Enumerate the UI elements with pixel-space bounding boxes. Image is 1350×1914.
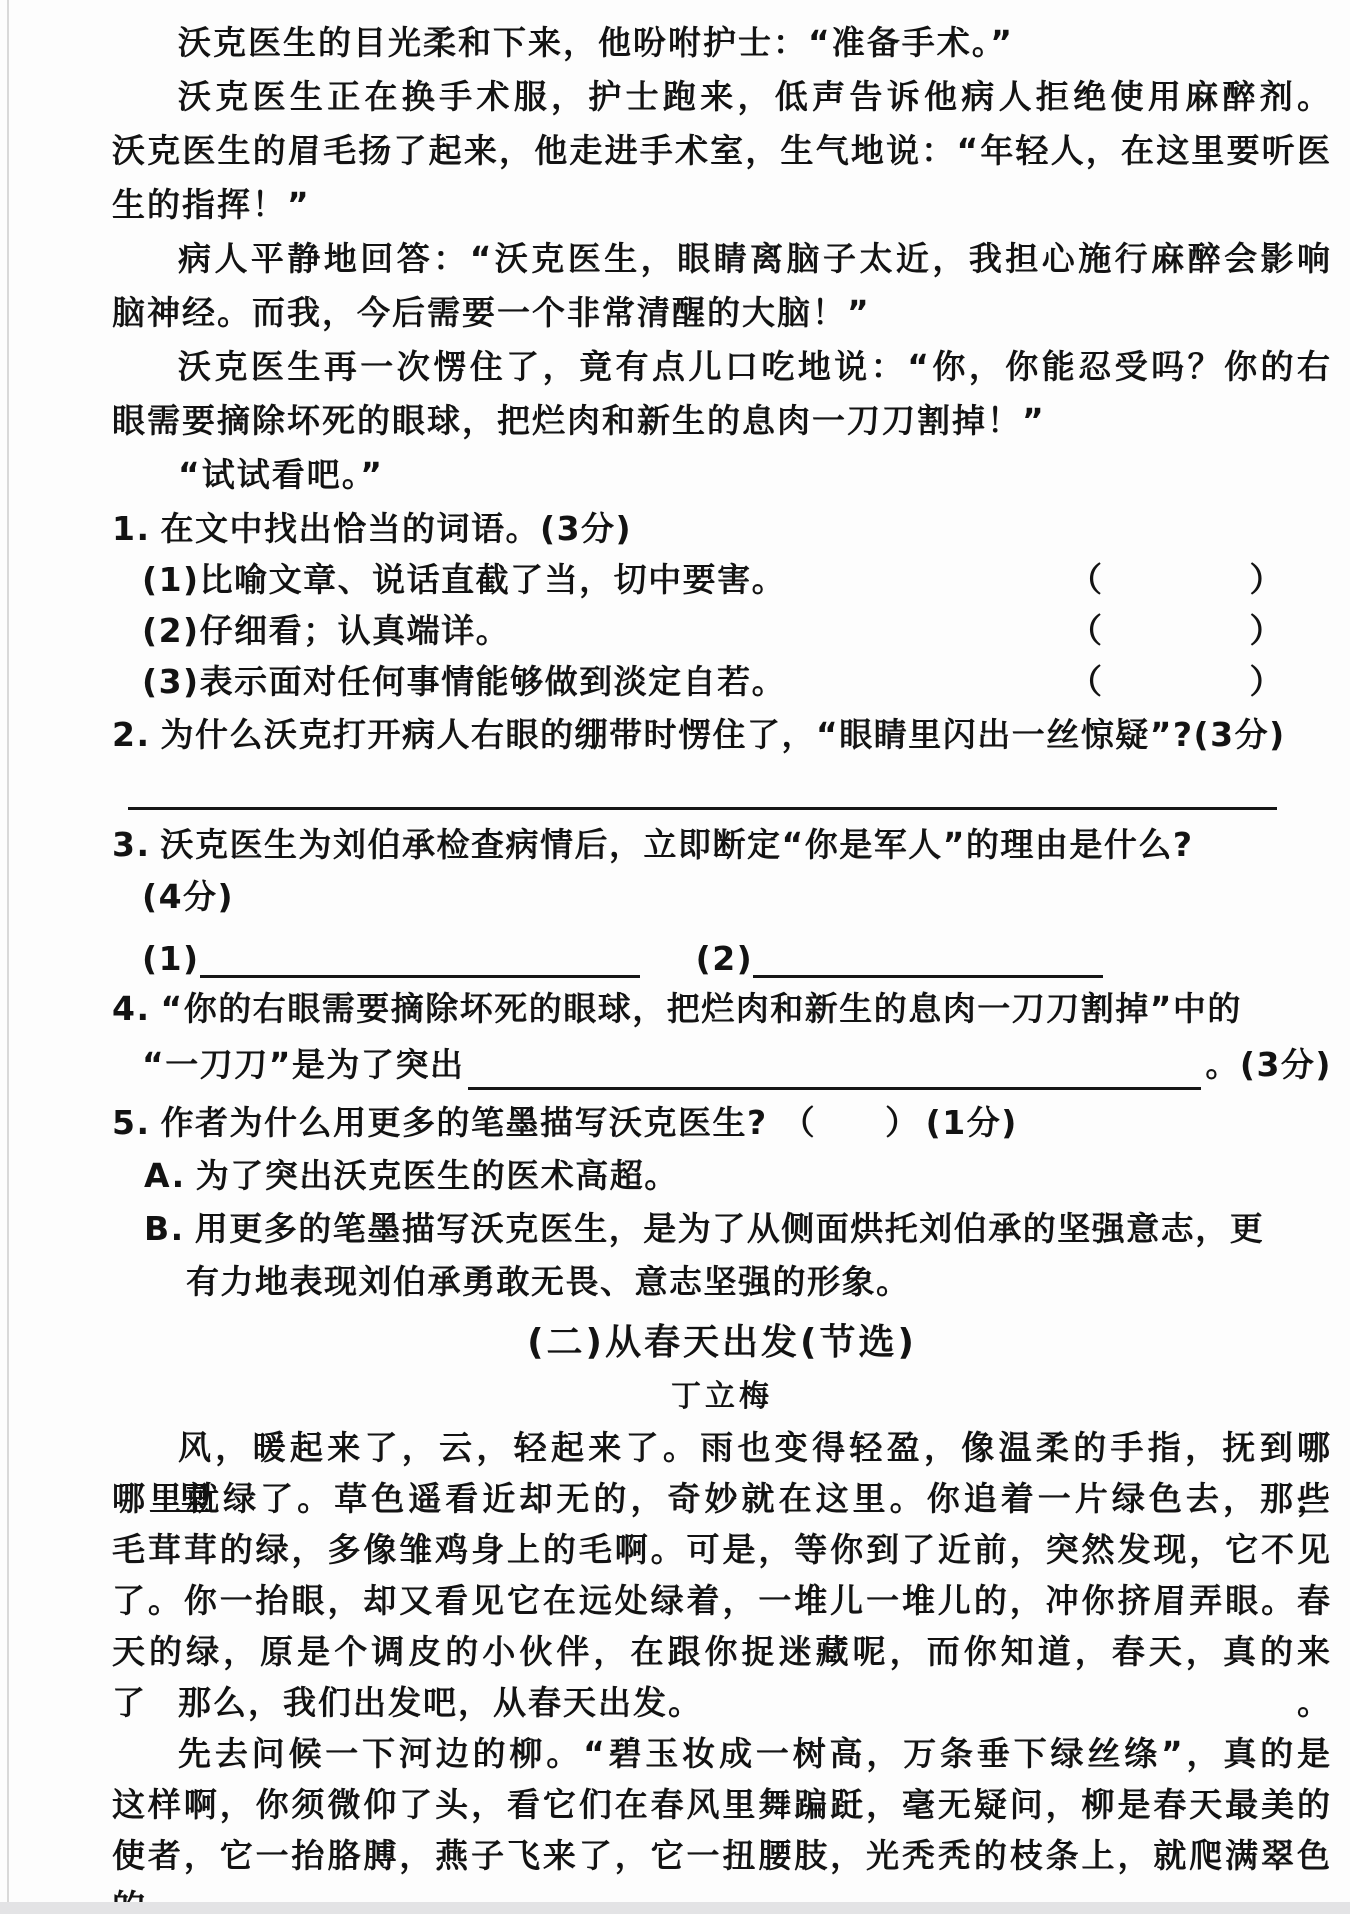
- fill-suffix: 。(3分): [1205, 1040, 1332, 1090]
- question-number: 3.: [112, 818, 161, 871]
- question-score: (4分): [142, 870, 1332, 922]
- answer-blank-line: [128, 761, 1277, 810]
- question-text: 作者为什么用更多的笔墨描写沃克医生?: [161, 1096, 768, 1149]
- passage2: 风，暖起来了，云，轻起来了。雨也变得轻盈，像温柔的手指，抚到哪里， 哪里就绿了。…: [112, 1422, 1332, 1881]
- option-text: 用更多的笔墨描写沃克医生，是为了从侧面烘托刘伯承的坚强意志，更: [195, 1202, 1265, 1255]
- passage2-line: 了。你一抬眼，却又看见它在远处绿着，一堆儿一堆儿的，冲你挤眉弄眼。春: [112, 1575, 1332, 1626]
- passage1-line: 沃克医生再一次愣住了，竟有点儿口吃地说：“你，你能忍受吗？你的右: [112, 340, 1332, 394]
- answer-blank-line: [468, 1043, 1201, 1090]
- passage2-author: 丁立梅: [112, 1372, 1332, 1422]
- passage1-line: 眼需要摘除坏死的眼球，把烂肉和新生的息肉一刀刀割掉！”: [112, 394, 1332, 448]
- answer-brackets: （ ）: [1069, 554, 1332, 605]
- question-text: 在文中找出恰当的词语。(3分): [161, 502, 633, 555]
- option-b: B. 用更多的笔墨描写沃克医生，是为了从侧面烘托刘伯承的坚强意志，更: [144, 1202, 1332, 1255]
- question-number: 2.: [112, 708, 161, 761]
- passage2-line: 风，暖起来了，云，轻起来了。雨也变得轻盈，像温柔的手指，抚到哪里，: [112, 1422, 1332, 1473]
- passage2-line: 毛茸茸的绿，多像雏鸡身上的毛啊。可是，等你到了近前，突然发现，它不见: [112, 1524, 1332, 1575]
- fill-prefix: “一刀刀”是为了突出: [142, 1040, 464, 1090]
- question-2: 2. 为什么沃克打开病人右眼的绷带时愣住了，“眼睛里闪出一丝惊疑”?(3分): [112, 707, 1332, 810]
- page-left-edge: [7, 0, 9, 1914]
- question-1-item: (3) 表示面对任何事情能够做到淡定自若。 （ ）: [142, 656, 1332, 707]
- item-text: 比喻文章、说话直截了当，切中要害。: [200, 554, 787, 605]
- answer-blank-line: [200, 931, 640, 978]
- question-number: 5.: [112, 1096, 161, 1149]
- question-number: 1.: [112, 502, 161, 555]
- item-text: 仔细看；认真端详。: [200, 605, 511, 656]
- passage1-line: 沃克医生的目光柔和下来，他吩咐护士：“准备手术。”: [112, 16, 1332, 70]
- passage1-line: 病人平静地回答：“沃克医生，眼睛离脑子太近，我担心施行麻醉会影响: [112, 232, 1332, 286]
- answer-brackets: （ ）: [1069, 656, 1332, 707]
- question-4: 4. “你的右眼需要摘除坏死的眼球，把烂肉和新生的息肉一刀刀割掉”中的 “一刀刀…: [112, 982, 1332, 1090]
- question-text: 沃克医生为刘伯承检查病情后，立即断定“你是军人”的理由是什么?: [161, 818, 1194, 871]
- passage2-line: 哪里就绿了。草色遥看近却无的，奇妙就在这里。你追着一片绿色去，那些: [112, 1473, 1332, 1524]
- bracket-close: ）: [1250, 554, 1285, 605]
- bracket-open: （: [1069, 554, 1104, 605]
- question-number: 4.: [112, 982, 161, 1035]
- passage1-line: 沃克医生正在换手术服，护士跑来，低声告诉他病人拒绝使用麻醉剂。: [112, 70, 1332, 124]
- answer-brackets: （ ）: [1069, 605, 1332, 656]
- exam-page-content: 沃克医生的目光柔和下来，他吩咐护士：“准备手术。” 沃克医生正在换手术服，护士跑…: [112, 16, 1332, 1881]
- passage1-line: “试试看吧。”: [112, 448, 1332, 502]
- option-b-continuation: 有力地表现刘伯承勇敢无畏、意志坚强的形象。: [186, 1255, 1332, 1308]
- question-text: 为什么沃克打开病人右眼的绷带时愣住了，“眼睛里闪出一丝惊疑”?(3分): [161, 708, 1286, 761]
- passage2-line: 这样啊，你须微仰了头，看它们在春风里舞蹁跹，毫无疑问，柳是春天最美的: [112, 1779, 1332, 1830]
- question-3: 3. 沃克医生为刘伯承检查病情后，立即断定“你是军人”的理由是什么? (4分) …: [112, 818, 1332, 978]
- question-4-fill: “一刀刀”是为了突出 。(3分): [142, 1035, 1332, 1090]
- item-text: 表示面对任何事情能够做到淡定自若。: [200, 656, 787, 707]
- passage2-line: 先去问候一下河边的柳。“碧玉妆成一树高，万条垂下绿丝绦”，真的是: [112, 1728, 1332, 1779]
- bracket-close: ）: [1250, 656, 1285, 707]
- bracket-open: （: [1069, 656, 1104, 707]
- answer-brackets: （ ）: [768, 1096, 920, 1149]
- question-5: 5. 作者为什么用更多的笔墨描写沃克医生? （ ） (1分) A. 为了突出沃克…: [112, 1096, 1332, 1308]
- question-1-item: (2) 仔细看；认真端详。 （ ）: [142, 605, 1332, 656]
- question-text: “你的右眼需要摘除坏死的眼球，把烂肉和新生的息肉一刀刀割掉”中的: [161, 982, 1242, 1035]
- question-3-blanks: (1) (2): [142, 922, 1332, 978]
- passage1-line: 脑神经。而我，今后需要一个非常清醒的大脑！”: [112, 286, 1332, 340]
- option-label: A.: [144, 1149, 196, 1202]
- blank-label: (2): [696, 939, 754, 978]
- question-1-item: (1) 比喻文章、说话直截了当，切中要害。 （ ）: [142, 554, 1332, 605]
- answer-blank-line: [753, 931, 1103, 978]
- item-number: (1): [142, 554, 200, 605]
- bracket-open: （: [1069, 605, 1104, 656]
- blank-label: (1): [142, 939, 200, 978]
- passage1-line: 沃克医生的眉毛扬了起来，他走进手术室，生气地说：“年轻人，在这里要听医: [112, 124, 1332, 178]
- passage1-line: 生的指挥！”: [112, 178, 1332, 232]
- passage2-line: 天的绿，原是个调皮的小伙伴，在跟你捉迷藏呢，而你知道，春天，真的来了。: [112, 1626, 1332, 1677]
- question-1: 1. 在文中找出恰当的词语。(3分) (1) 比喻文章、说话直截了当，切中要害。…: [112, 502, 1332, 707]
- option-label: B.: [144, 1202, 195, 1255]
- bracket-close: ）: [1250, 605, 1285, 656]
- question-score: (1分): [920, 1096, 1018, 1149]
- page-bottom-edge: [0, 1902, 1350, 1914]
- passage2-title: (二)从春天出发(节选): [112, 1314, 1332, 1372]
- passage1: 沃克医生的目光柔和下来，他吩咐护士：“准备手术。” 沃克医生正在换手术服，护士跑…: [112, 16, 1332, 502]
- item-number: (3): [142, 656, 200, 707]
- passage2-line: 使者，它一抬胳膊，燕子飞来了，它一扭腰肢，光秃秃的枝条上，就爬满翠色的: [112, 1830, 1332, 1881]
- option-text: 为了突出沃克医生的医术高超。: [196, 1149, 679, 1202]
- option-a: A. 为了突出沃克医生的医术高超。: [144, 1149, 1332, 1202]
- item-number: (2): [142, 605, 200, 656]
